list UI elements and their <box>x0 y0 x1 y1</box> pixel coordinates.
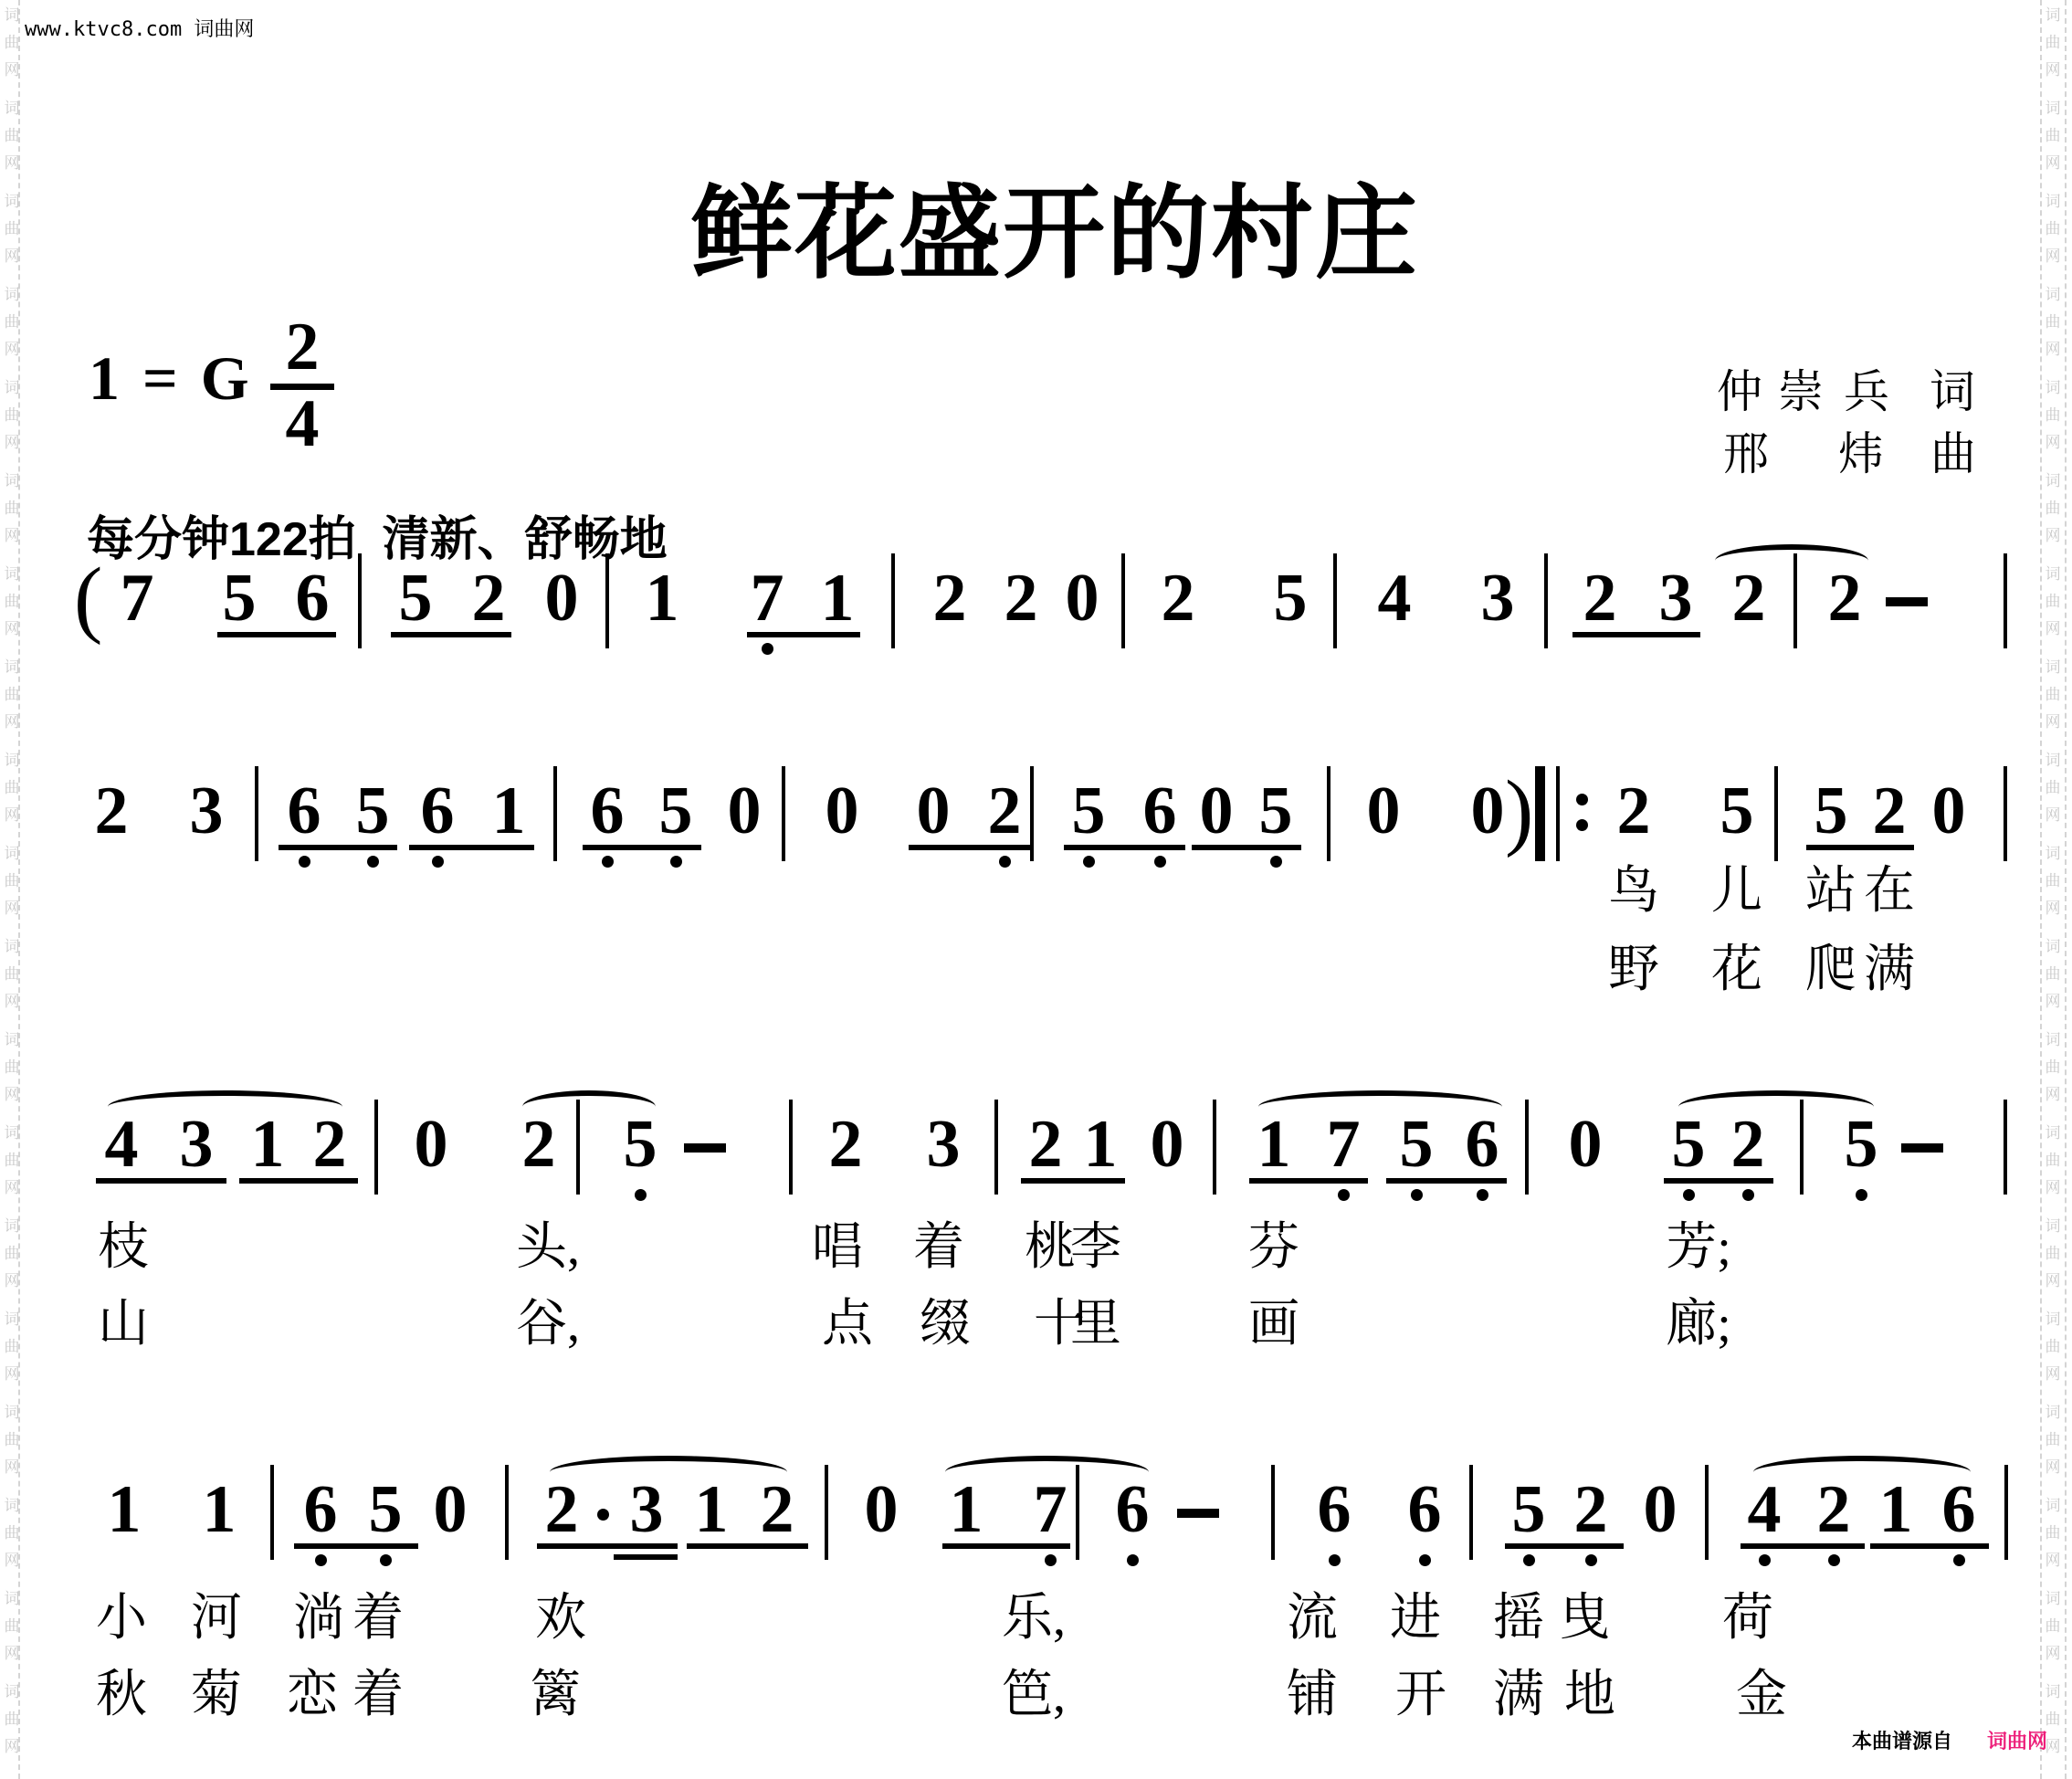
music-note: 0 <box>1356 777 1411 845</box>
music-note: 0 <box>815 777 869 845</box>
tempo-marking: 每分钟122拍 清新、舒畅地 <box>87 511 668 568</box>
watermark-char: 曲 <box>2044 314 2062 330</box>
octave-dot <box>1856 1189 1867 1201</box>
barline <box>1469 1465 1473 1560</box>
watermark-char: 网 <box>2044 62 2062 78</box>
watermark-char: 词 <box>3 380 21 395</box>
barline <box>1544 553 1548 648</box>
music-note: 0 <box>1055 564 1110 632</box>
lyric-char: 着 <box>336 1591 420 1647</box>
music-note: 5 <box>1804 777 1858 845</box>
music-note: 3 <box>1470 564 1525 632</box>
barline <box>1213 1100 1216 1195</box>
lyric-char: 流 <box>1270 1591 1354 1647</box>
watermark-char: 曲 <box>3 1711 21 1727</box>
watermark-char: 词 <box>3 287 21 302</box>
watermark-char: 曲 <box>3 1246 21 1261</box>
music-note: 6 <box>1307 1476 1362 1543</box>
barline <box>1121 553 1125 648</box>
barline <box>994 1100 998 1195</box>
watermark-char: 词 <box>3 659 21 675</box>
watermark-char: 曲 <box>3 35 21 50</box>
half-note-dash <box>1177 1509 1219 1518</box>
barline <box>2004 1465 2008 1560</box>
music-note: 7 <box>740 564 794 632</box>
music-note: 2 <box>994 564 1048 632</box>
watermark-char: 词 <box>3 7 21 23</box>
music-note: 1 <box>635 564 689 632</box>
watermark-char: 网 <box>3 1459 21 1475</box>
watermark-char: 词 <box>2044 1032 2062 1047</box>
watermark-char: 曲 <box>3 687 21 702</box>
music-note: 5 <box>345 777 400 845</box>
slur <box>550 1456 787 1489</box>
watermark-char: 曲 <box>3 314 21 330</box>
octave-dot <box>999 856 1011 868</box>
watermark-char: 词 <box>2044 1684 2062 1700</box>
footer-source-label: 本曲谱源自 <box>1852 1730 1952 1753</box>
key-signature: 1 = G <box>89 347 253 409</box>
octave-dot <box>432 856 444 868</box>
octave-dot <box>1953 1554 1965 1566</box>
watermark-char: 曲 <box>2044 873 2062 889</box>
barline <box>1705 1465 1709 1560</box>
lyric-char: 儿 <box>1695 864 1779 921</box>
watermark-char: 网 <box>3 714 21 730</box>
music-note: 0 <box>423 1476 478 1543</box>
watermark-char: 曲 <box>3 500 21 516</box>
beam <box>294 1543 418 1549</box>
lyric-char: 篱 <box>513 1668 597 1724</box>
beam <box>942 1543 1070 1549</box>
watermark-char: 词 <box>2044 659 2062 675</box>
slur <box>1753 1456 1971 1489</box>
barline <box>605 553 609 648</box>
watermark-char: 网 <box>3 1553 21 1568</box>
watermark-char: 曲 <box>3 407 21 423</box>
slur <box>1715 544 1868 577</box>
octave-dot <box>1477 1189 1488 1201</box>
lyric-char: 在 <box>1847 864 1931 921</box>
barline <box>2004 1100 2007 1195</box>
music-note: 6 <box>277 777 331 845</box>
music-note: 5 <box>358 1476 413 1543</box>
watermark-char: 曲 <box>3 1432 21 1447</box>
music-note: 6 <box>1132 777 1187 845</box>
watermark-char: 曲 <box>2044 1339 2062 1354</box>
barline <box>891 553 895 648</box>
watermark-char: 曲 <box>2044 1525 2062 1541</box>
sheet-music-page: www.ktvc8.com 词曲网 鲜花盛开的村庄 1 = G 2 4 每分钟1… <box>0 0 2072 1779</box>
barline <box>1774 766 1778 861</box>
meter-numerator: 2 <box>272 313 332 381</box>
top-left-watermark: www.ktvc8.com 词曲网 <box>25 18 254 42</box>
watermark-char: 词 <box>2044 1218 2062 1234</box>
watermark-char: 曲 <box>2044 594 2062 609</box>
slur <box>522 1090 656 1123</box>
beam <box>1021 1178 1125 1184</box>
music-note: 0 <box>534 564 589 632</box>
music-note: 0 <box>1189 777 1244 845</box>
watermark-char: 网 <box>2044 435 2062 450</box>
credit-char: 曲 <box>1924 429 1983 479</box>
lyric-char: 乐, <box>992 1591 1076 1647</box>
watermark-char: 曲 <box>2044 500 2062 516</box>
watermark-char: 网 <box>2044 994 2062 1009</box>
barline <box>1327 766 1330 861</box>
lyric-char: 地 <box>1548 1668 1632 1724</box>
octave-dot <box>670 856 682 868</box>
octave-dot <box>1585 1554 1597 1566</box>
lyric-char: 开 <box>1379 1668 1463 1724</box>
music-note: 0 <box>906 777 961 845</box>
half-note-dash <box>1886 597 1928 606</box>
beam <box>909 845 1030 850</box>
watermark-char: 曲 <box>2044 1153 2062 1168</box>
beam <box>1572 632 1700 637</box>
watermark-char: 曲 <box>3 780 21 795</box>
octave-dot <box>1270 856 1282 868</box>
music-note: 5 <box>1709 777 1764 845</box>
lyric-char: 小 <box>79 1591 163 1647</box>
double-beam <box>614 1554 678 1560</box>
lyric-char: 李 <box>1054 1220 1138 1277</box>
watermark-char: 曲 <box>2044 1711 2062 1727</box>
lyric-char: 曳 <box>1542 1591 1626 1647</box>
watermark-char: 词 <box>2044 100 2062 116</box>
watermark-char: 网 <box>2044 807 2062 823</box>
music-note: 6 <box>410 777 465 845</box>
beam <box>1664 1178 1773 1184</box>
watermark-char: 词 <box>3 753 21 768</box>
watermark-char: 曲 <box>2044 221 2062 237</box>
lyric-char: 缀 <box>903 1297 987 1353</box>
music-note: 0 <box>1140 1111 1194 1178</box>
music-note: 6 <box>1397 1476 1452 1543</box>
music-note: 2 <box>922 564 977 632</box>
watermark-char: 网 <box>3 1739 21 1754</box>
octave-dot <box>1419 1554 1431 1566</box>
watermark-char: 曲 <box>2044 1246 2062 1261</box>
music-note: 2 <box>1572 564 1627 632</box>
barline <box>255 766 258 861</box>
meter-denominator: 4 <box>272 390 332 458</box>
repeat-thick-barline <box>1535 766 1545 861</box>
watermark-char: 网 <box>3 435 21 450</box>
barline <box>825 1465 828 1560</box>
lyric-char: 廊; <box>1657 1297 1741 1353</box>
watermark-char: 网 <box>2044 900 2062 916</box>
watermark-char: 曲 <box>2044 1059 2062 1075</box>
watermark-char: 曲 <box>2044 780 2062 795</box>
slur <box>945 1456 1149 1489</box>
music-note: 1 <box>192 1476 247 1543</box>
watermark-char: 网 <box>3 621 21 637</box>
watermark-char: 词 <box>2044 1591 2062 1606</box>
watermark-char: 词 <box>3 1218 21 1234</box>
watermark-char: 网 <box>2044 248 2062 264</box>
barline <box>1030 766 1034 861</box>
music-note: 2 <box>84 777 139 845</box>
barline <box>505 1465 509 1560</box>
octave-dot <box>1828 1554 1840 1566</box>
watermark-char: 词 <box>2044 1311 2062 1327</box>
lyric-char: 枝 <box>81 1220 165 1277</box>
watermark-char: 词 <box>3 1311 21 1327</box>
watermark-char: 网 <box>2044 1553 2062 1568</box>
beam <box>537 1543 678 1549</box>
half-note-dash <box>684 1143 726 1153</box>
watermark-char: 网 <box>2044 528 2062 543</box>
music-note: 2 <box>818 1111 873 1178</box>
watermark-char: 词 <box>3 1498 21 1513</box>
barline <box>374 1100 378 1195</box>
lyric-char: 花 <box>1695 942 1779 999</box>
beam <box>1505 1543 1624 1549</box>
music-note: 2 <box>1018 1111 1073 1178</box>
lyric-char: 谷, <box>506 1297 590 1353</box>
music-note: 1 <box>1073 1111 1128 1178</box>
lyric-char: 鸟 <box>1592 864 1676 921</box>
music-note: 1 <box>481 777 536 845</box>
barline <box>789 1100 793 1195</box>
watermark-char: 网 <box>2044 714 2062 730</box>
watermark-char: 网 <box>3 1273 21 1289</box>
barline <box>782 766 785 861</box>
beam <box>687 1543 808 1549</box>
watermark-char: 曲 <box>2044 35 2062 50</box>
credit-char: 炜 <box>1832 429 1890 479</box>
right-watermark-divider-outer <box>2065 0 2067 1779</box>
watermark-char: 曲 <box>3 1618 21 1634</box>
music-note: 0 <box>404 1111 458 1178</box>
beam <box>1192 845 1301 850</box>
octave-dot <box>1411 1189 1423 1201</box>
right-watermark-divider-inner <box>2040 0 2042 1779</box>
lyric-char: 欢 <box>519 1591 603 1647</box>
octave-dot <box>367 856 379 868</box>
credit-char: 崇 <box>1772 367 1830 417</box>
watermark-char: 网 <box>2044 1180 2062 1195</box>
music-note: 2 <box>1606 777 1661 845</box>
watermark-char: 网 <box>2044 155 2062 171</box>
watermark-char: 网 <box>3 528 21 543</box>
watermark-char: 词 <box>3 939 21 954</box>
music-note: 2 <box>1563 1476 1618 1543</box>
lyric-char: 铺 <box>1270 1668 1354 1724</box>
slur <box>1258 1090 1502 1123</box>
music-note: 2 <box>1151 564 1205 632</box>
barline <box>2004 766 2007 861</box>
music-note: 5 <box>1501 1476 1556 1543</box>
music-note: 5 <box>648 777 703 845</box>
octave-dot <box>1127 1554 1139 1566</box>
watermark-char: 曲 <box>2044 128 2062 143</box>
octave-dot <box>1338 1189 1350 1201</box>
watermark-char: 网 <box>2044 1646 2062 1661</box>
repeat-colon-dot <box>1576 794 1588 805</box>
music-note: 6 <box>285 564 340 632</box>
watermark-char: 词 <box>2044 380 2062 395</box>
watermark-char: 曲 <box>3 1153 21 1168</box>
beam <box>391 632 511 637</box>
music-note: 3 <box>916 1111 971 1178</box>
lyric-char: 满 <box>1847 942 1931 999</box>
barline <box>1525 1100 1529 1195</box>
music-note: 0 <box>717 777 772 845</box>
music-note: 1 <box>97 1476 152 1543</box>
music-note: 0 <box>1921 777 1976 845</box>
parenthesis: ) <box>1505 768 1533 854</box>
octave-dot <box>1154 856 1166 868</box>
watermark-char: 曲 <box>3 1525 21 1541</box>
watermark-char: 词 <box>2044 473 2062 489</box>
music-note: 2 <box>461 564 516 632</box>
beam <box>279 845 397 850</box>
repeat-colon-dot <box>1576 819 1588 831</box>
slur <box>1678 1090 1874 1123</box>
music-note: 3 <box>1648 564 1703 632</box>
augmentation-dot <box>597 1509 609 1521</box>
watermark-char: 网 <box>3 900 21 916</box>
lyric-char: 山 <box>81 1297 165 1353</box>
watermark-char: 网 <box>2044 1366 2062 1382</box>
octave-dot <box>762 643 773 655</box>
watermark-char: 词 <box>3 1405 21 1420</box>
credit-char: 仲 <box>1710 367 1769 417</box>
music-note: 4 <box>1367 564 1422 632</box>
lyric-char: 芳; <box>1657 1220 1741 1277</box>
credit-char: 邢 <box>1717 429 1775 479</box>
lyric-char: 笆, <box>992 1668 1076 1724</box>
watermark-char: 网 <box>3 994 21 1009</box>
watermark-char: 词 <box>3 1032 21 1047</box>
music-note: 2 <box>977 777 1032 845</box>
parenthesis: ( <box>74 555 102 641</box>
barline <box>270 1465 274 1560</box>
beam <box>96 1178 226 1184</box>
slur <box>108 1090 342 1123</box>
watermark-char: 网 <box>2044 621 2062 637</box>
barline <box>1556 766 1560 861</box>
beam <box>747 632 860 637</box>
lyric-char: 进 <box>1373 1591 1457 1647</box>
watermark-char: 网 <box>2044 1459 2062 1475</box>
watermark-char: 词 <box>3 1591 21 1606</box>
watermark-char: 词 <box>3 1125 21 1141</box>
lyric-char: 头, <box>506 1220 590 1277</box>
music-note: 0 <box>854 1476 909 1543</box>
beam <box>217 632 336 637</box>
watermark-char: 曲 <box>3 1339 21 1354</box>
watermark-char: 曲 <box>3 128 21 143</box>
watermark-char: 词 <box>2044 194 2062 209</box>
beam <box>1741 1543 1865 1549</box>
watermark-char: 曲 <box>2044 1432 2062 1447</box>
watermark-char: 网 <box>3 342 21 357</box>
watermark-char: 词 <box>2044 939 2062 954</box>
music-note: 6 <box>293 1476 348 1543</box>
music-note: 7 <box>110 564 164 632</box>
octave-dot <box>1759 1554 1771 1566</box>
lyric-char: 河 <box>174 1591 258 1647</box>
beam <box>1806 845 1914 850</box>
octave-dot <box>1683 1189 1695 1201</box>
lyric-char: 里 <box>1054 1297 1138 1353</box>
beam <box>1249 1178 1368 1184</box>
octave-dot <box>1742 1189 1754 1201</box>
watermark-char: 词 <box>2044 846 2062 861</box>
half-note-dash <box>1901 1143 1943 1153</box>
music-note: 5 <box>1061 777 1116 845</box>
barline <box>1271 1465 1275 1560</box>
watermark-char: 网 <box>3 807 21 823</box>
music-note: 1 <box>810 564 865 632</box>
lyric-char: 着 <box>897 1220 981 1277</box>
lyric-char: 着 <box>336 1668 420 1724</box>
music-note: 0 <box>1558 1111 1613 1178</box>
octave-dot <box>1523 1554 1535 1566</box>
watermark-char: 词 <box>3 566 21 582</box>
lyric-char: 画 <box>1232 1297 1316 1353</box>
music-note: 0 <box>1633 1476 1688 1543</box>
watermark-char: 网 <box>3 62 21 78</box>
octave-dot <box>315 1554 327 1566</box>
barline <box>553 766 557 861</box>
music-note: 5 <box>1263 564 1318 632</box>
lyric-char: 野 <box>1592 942 1676 999</box>
watermark-char: 曲 <box>3 1059 21 1075</box>
watermark-char: 网 <box>3 1180 21 1195</box>
music-note: 5 <box>212 564 267 632</box>
watermark-char: 网 <box>3 248 21 264</box>
credit-char: 词 <box>1923 367 1982 417</box>
watermark-char: 词 <box>3 1684 21 1700</box>
octave-dot <box>299 856 310 868</box>
octave-dot <box>1045 1554 1057 1566</box>
watermark-char: 词 <box>2044 7 2062 23</box>
lyric-char: 唱 <box>795 1220 879 1277</box>
beam <box>409 845 534 850</box>
watermark-char: 词 <box>2044 1405 2062 1420</box>
beam <box>583 845 701 850</box>
lyric-char: 秋 <box>79 1668 163 1724</box>
watermark-char: 曲 <box>3 594 21 609</box>
music-note: 6 <box>580 777 635 845</box>
lyric-char: 点 <box>805 1297 889 1353</box>
footer-site-link[interactable]: 词曲网 <box>1987 1730 2047 1753</box>
watermark-char: 网 <box>3 155 21 171</box>
barline <box>2004 553 2007 648</box>
watermark-char: 网 <box>2044 1739 2062 1754</box>
watermark-char: 曲 <box>3 221 21 237</box>
credit-char: 兵 <box>1837 367 1896 417</box>
barline <box>358 553 362 648</box>
octave-dot <box>602 856 614 868</box>
watermark-char: 词 <box>3 194 21 209</box>
lyric-char: 菊 <box>174 1668 258 1724</box>
lyric-char: 荷 <box>1706 1591 1790 1647</box>
watermark-char: 曲 <box>3 873 21 889</box>
lyric-char: 金 <box>1720 1668 1804 1724</box>
watermark-char: 词 <box>3 473 21 489</box>
lyric-char: 芬 <box>1232 1220 1316 1277</box>
watermark-char: 词 <box>2044 1125 2062 1141</box>
barline <box>1333 553 1337 648</box>
beam <box>239 1178 358 1184</box>
octave-dot <box>380 1554 392 1566</box>
watermark-char: 网 <box>3 1646 21 1661</box>
